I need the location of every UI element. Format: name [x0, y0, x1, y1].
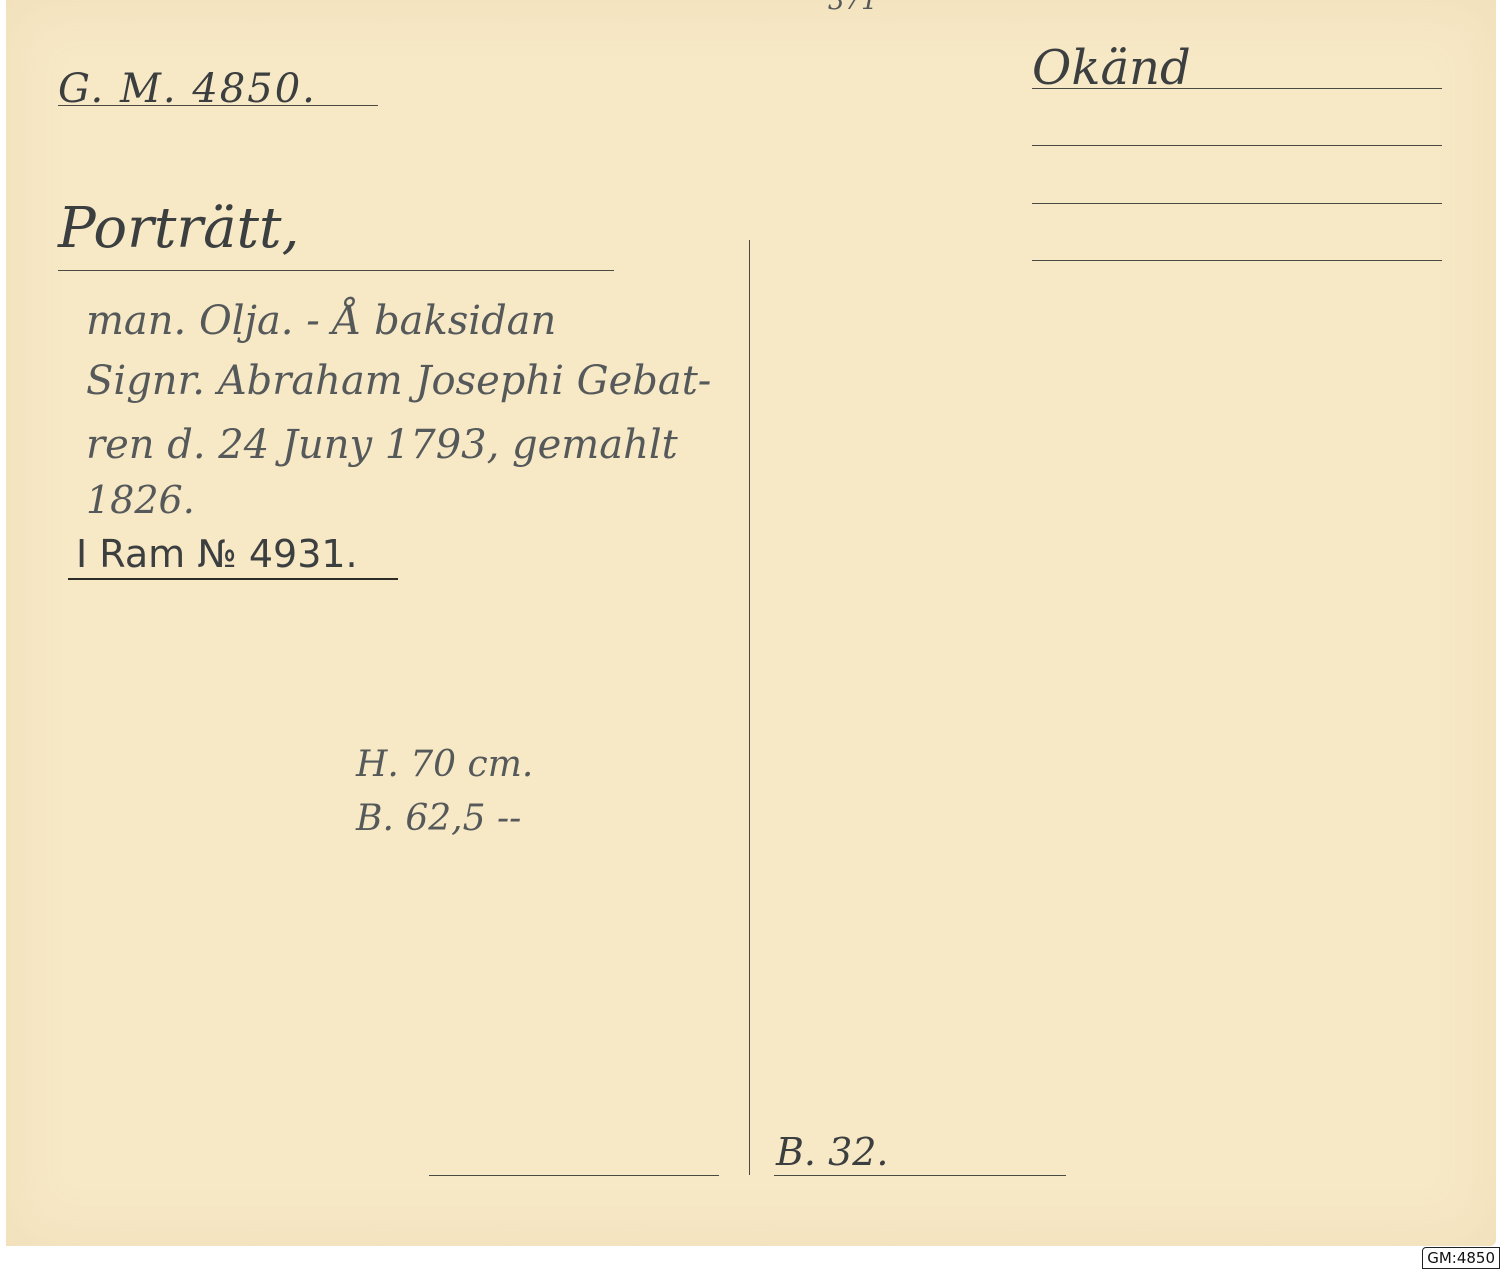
- description-line-2: Signr. Abraham Josephi Gebat-: [86, 358, 711, 404]
- top-number: 371: [828, 0, 878, 16]
- bottom-right-rule: [774, 1175, 1066, 1176]
- catalog-card: 371 G. M. 4850. Okänd Porträtt, man. Olj…: [6, 0, 1496, 1246]
- dimension-width: B. 62,5 --: [356, 798, 521, 839]
- artist-rule-2: [1032, 145, 1442, 146]
- description-line-4: 1826.: [86, 478, 195, 522]
- inventory-number-rule: [58, 105, 378, 106]
- column-divider: [749, 240, 750, 1175]
- description-line-1: man. Olja. - Å baksidan: [86, 298, 556, 344]
- bottom-left-rule: [429, 1175, 719, 1176]
- artist-rule-4: [1032, 260, 1442, 261]
- storage-location: B. 32.: [776, 1130, 889, 1174]
- frame-number: I Ram № 4931.: [76, 532, 358, 576]
- scan-label: GM:4850: [1422, 1247, 1500, 1269]
- category-rule: [58, 270, 614, 271]
- dimension-height: H. 70 cm.: [356, 744, 533, 785]
- description-line-3: ren d. 24 Juny 1793, gemahlt: [86, 422, 678, 468]
- frame-rule: [68, 578, 398, 580]
- artist-rule-1: [1032, 88, 1442, 89]
- artist-rule-3: [1032, 203, 1442, 204]
- object-category: Porträtt,: [58, 196, 299, 261]
